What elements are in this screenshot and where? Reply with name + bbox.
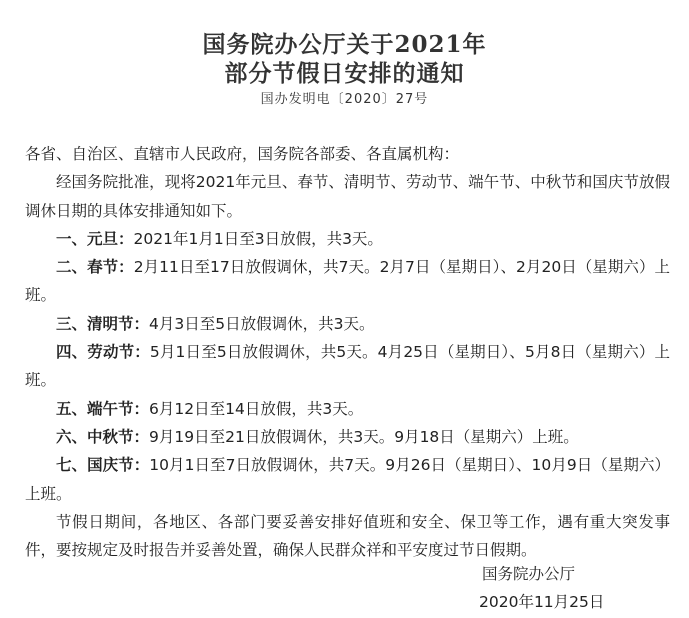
- holiday-detail: 4月3日至5日放假调休，共3天。: [149, 315, 374, 333]
- intro-paragraph: 经国务院批准，现将2021年元旦、春节、清明节、劳动节、端午节、中秋节和国庆节放…: [25, 168, 670, 225]
- holiday-item-qingming: 三、清明节：4月3日至5日放假调休，共3天。: [25, 310, 670, 338]
- holiday-name: 元旦：: [87, 230, 134, 248]
- holiday-item-labor-day: 四、劳动节：5月1日至5日放假调休，共5天。4月25日（星期日）、5月8日（星期…: [25, 338, 670, 395]
- item-number: 四、: [56, 343, 87, 361]
- holiday-item-new-year: 一、元旦：2021年1月1日至3日放假，共3天。: [25, 225, 670, 253]
- salutation: 各省、自治区、直辖市人民政府，国务院各部委、各直属机构：: [25, 140, 670, 168]
- holiday-name: 中秋节：: [87, 428, 149, 446]
- issuer-name: 国务院办公厅: [482, 562, 575, 584]
- holiday-detail: 9月19日至21日放假调休，共3天。9月18日（星期六）上班。: [149, 428, 579, 446]
- document-number: 国办发明电〔2020〕27号: [0, 88, 689, 107]
- notice-title-line-2: 部分节假日安排的通知: [0, 55, 689, 88]
- notice-body: 各省、自治区、直辖市人民政府，国务院各部委、各直属机构： 经国务院批准，现将20…: [25, 140, 670, 564]
- closing-paragraph: 节假日期间，各地区、各部门要妥善安排好值班和安全、保卫等工作，遇有重大突发事件，…: [25, 508, 670, 565]
- item-number: 二、: [56, 258, 87, 276]
- holiday-name: 春节：: [87, 258, 134, 276]
- holiday-detail: 6月12日至14日放假，共3天。: [149, 400, 363, 418]
- item-number: 一、: [56, 230, 87, 248]
- holiday-item-spring-festival: 二、春节：2月11日至17日放假调休，共7天。2月7日（星期日）、2月20日（星…: [25, 253, 670, 310]
- holiday-item-national-day: 七、国庆节：10月1日至7日放假调休，共7天。9月26日（星期日）、10月9日（…: [25, 451, 670, 508]
- issue-date: 2020年11月25日: [479, 590, 604, 612]
- item-number: 五、: [56, 400, 87, 418]
- item-number: 三、: [56, 315, 87, 333]
- holiday-detail: 2021年1月1日至3日放假，共3天。: [134, 230, 383, 248]
- holiday-name: 端午节：: [87, 400, 149, 418]
- holiday-item-mid-autumn: 六、中秋节：9月19日至21日放假调休，共3天。9月18日（星期六）上班。: [25, 423, 670, 451]
- item-number: 六、: [56, 428, 87, 446]
- holiday-name: 清明节：: [87, 315, 149, 333]
- holiday-name: 国庆节：: [87, 456, 149, 474]
- item-number: 七、: [56, 456, 87, 474]
- holiday-name: 劳动节：: [87, 343, 150, 361]
- holiday-item-dragon-boat: 五、端午节：6月12日至14日放假，共3天。: [25, 395, 670, 423]
